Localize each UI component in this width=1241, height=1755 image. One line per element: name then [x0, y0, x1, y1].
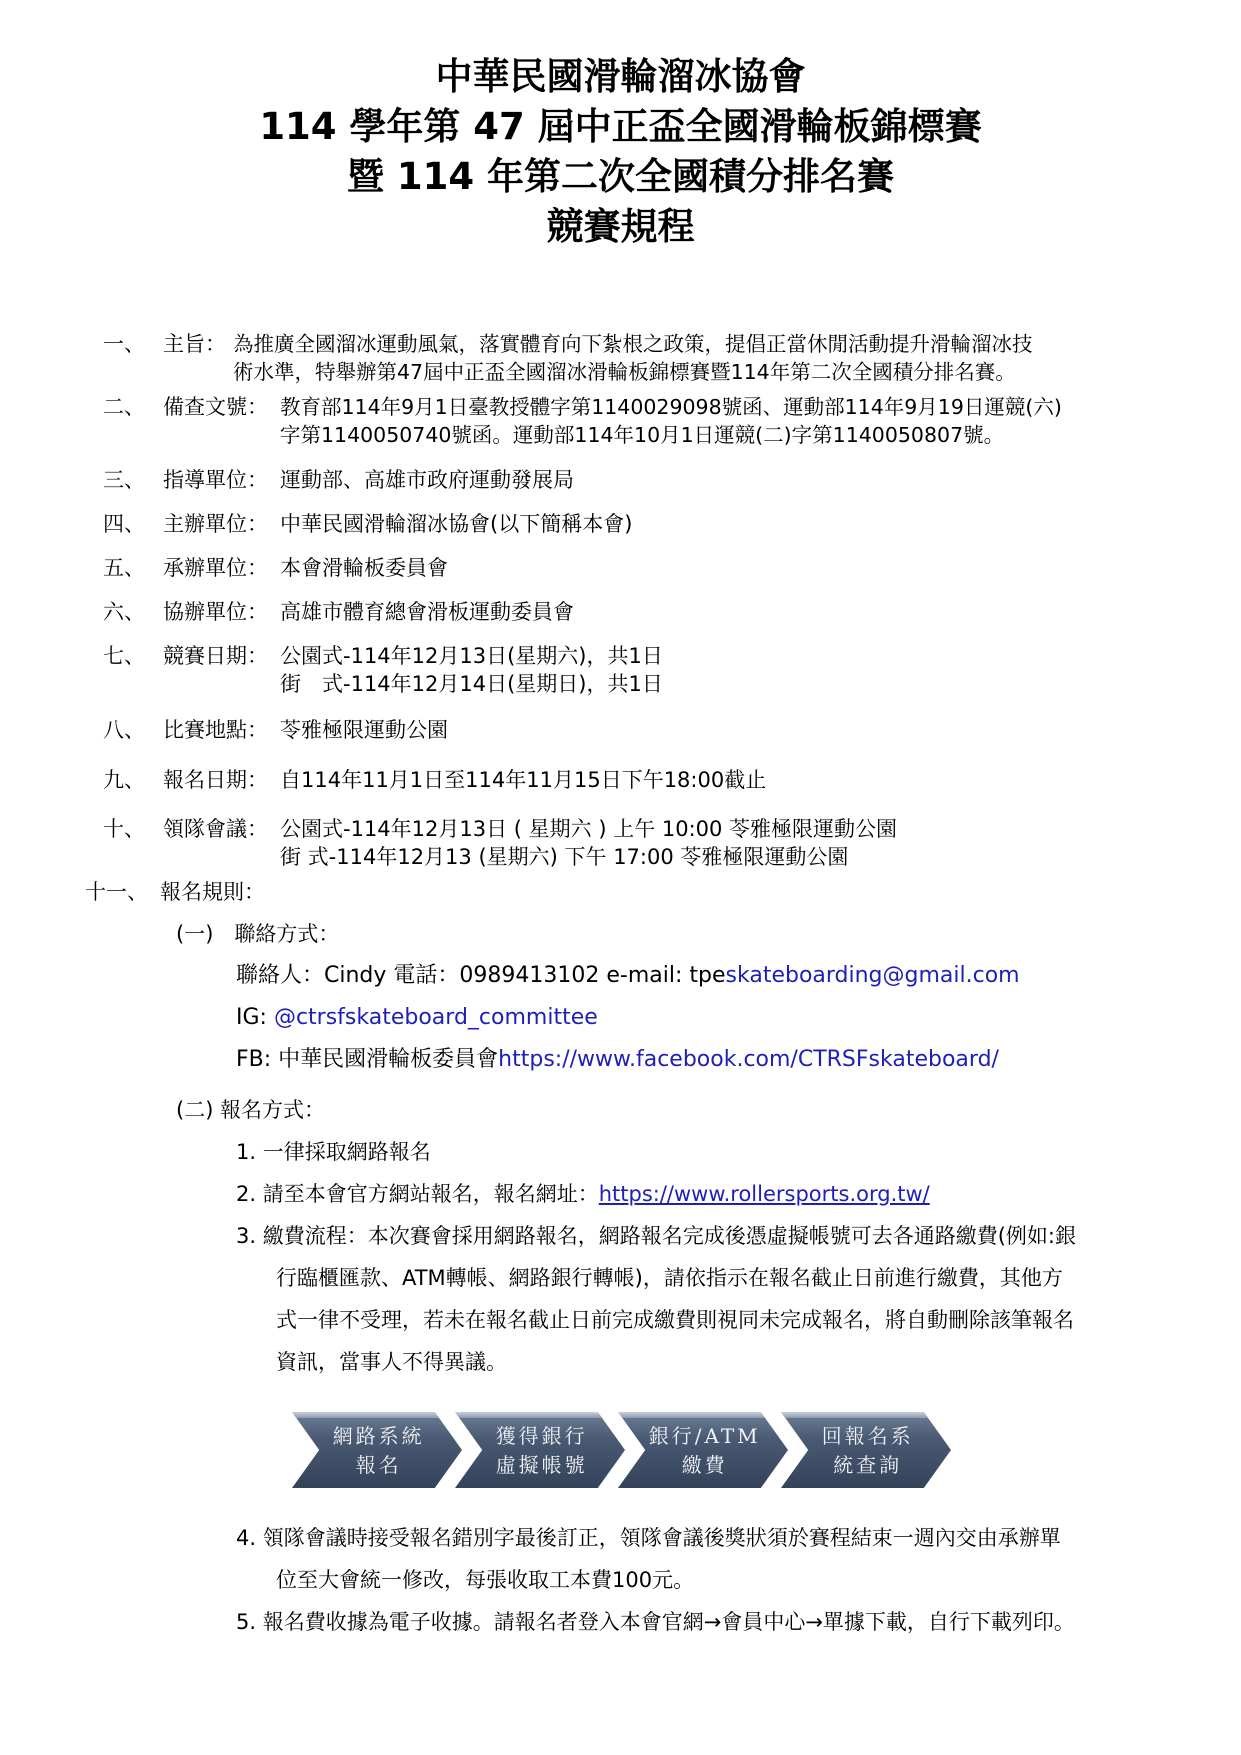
section-4-value: 中華民國滑輪溜冰協會(以下簡稱本會): [280, 510, 632, 538]
item-num: 1.: [236, 1140, 256, 1164]
method-item-5: 5. 報名費收據為電子收據。請報名者登入本會官網→會員中心→單據下載，自行下載列…: [236, 1608, 1075, 1636]
document-title: 中華民國滑輪溜冰協會 114 學年第 47 屆中正盃全國滑輪板錦標賽 暨 114…: [0, 52, 1241, 252]
section-5-num: 五、: [103, 554, 145, 582]
method-item-4-line-1: 4. 領隊會議時接受報名錯別字最後訂正，領隊會議後獎狀須於賽程結束一週內交由承辦…: [236, 1524, 1061, 1552]
section-4-label: 主辦單位：: [163, 510, 268, 538]
flow-step-3: 銀行/ATM 繳費: [618, 1412, 788, 1488]
method-item-3-line-2: 行臨櫃匯款、ATM轉帳、網路銀行轉帳)，請依指示在報名截止日前進行繳費，其他方: [276, 1264, 1063, 1292]
title-line-org: 中華民國滑輪溜冰協會: [0, 52, 1241, 102]
section-8-num: 八、: [103, 716, 145, 744]
section-2-line-2: 字第1140050740號函。運動部114年10月1日運競(二)字第114005…: [280, 421, 1004, 449]
method-item-4-line-2: 位至大會統一修改，每張收取工本費100元。: [276, 1566, 694, 1594]
method-item-3-line-1: 3. 繳費流程：本次賽會採用網路報名，網路報名完成後憑虛擬帳號可去各通路繳費(例…: [236, 1222, 1076, 1250]
section-6-value: 高雄市體育總會滑板運動委員會: [280, 598, 574, 626]
item-text: 領隊會議時接受報名錯別字最後訂正，領隊會議後獎狀須於賽程結束一週內交由承辦單: [263, 1526, 1061, 1550]
section-1-line-1: 為推廣全國溜冰運動風氣，落實體育向下紮根之政策，提倡正當休閒活動提升滑輪溜冰技: [233, 330, 1033, 358]
section-7-label: 競賽日期：: [163, 642, 268, 670]
contact-ig-line: IG: @ctrsfskateboard_committee: [236, 1004, 598, 1032]
method-item-2: 2. 請至本會官方網站報名，報名網址：https://www.rollerspo…: [236, 1180, 930, 1208]
section-11-num: 十一、: [85, 878, 148, 906]
method-item-3-line-3: 式一律不受理，若未在報名截止日前完成繳費則視同未完成報名，將自動刪除該筆報名: [276, 1306, 1074, 1334]
section-11-label: 報名規則：: [160, 878, 265, 906]
item-text: 請至本會官方網站報名，報名網址：: [263, 1182, 599, 1206]
method-item-3-line-4: 資訊，當事人不得異議。: [276, 1348, 507, 1376]
section-5-value: 本會滑輪板委員會: [280, 554, 448, 582]
fb-prefix: FB: 中華民國滑輪板委員會: [236, 1047, 498, 1072]
section-10-line-2: 街 式-114年12月13 (星期六) 下午 17:00 苓雅極限運動公園: [280, 843, 848, 871]
section-1-label: 主旨：: [163, 330, 226, 358]
section-2-num: 二、: [103, 393, 145, 421]
section-1-line-2: 術水準，特舉辦第47屆中正盃全國溜冰滑輪板錦標賽暨114年第二次全國積分排名賽。: [233, 358, 1016, 386]
contact-fb-line: FB: 中華民國滑輪板委員會https://www.facebook.com/C…: [236, 1046, 999, 1074]
section-9-num: 九、: [103, 766, 145, 794]
rollersports-link[interactable]: https://www.rollersports.org.tw/: [599, 1182, 930, 1206]
flow-step-4-line-1: 回報名系: [812, 1422, 924, 1451]
section-7-line-1: 公園式-114年12月13日(星期六)，共1日: [280, 642, 663, 670]
flow-step-2-line-2: 虛擬帳號: [486, 1451, 598, 1480]
flow-step-1-line-1: 網路系統: [323, 1422, 435, 1451]
item-num: 4.: [236, 1526, 256, 1550]
section-10-label: 領隊會議：: [163, 815, 268, 843]
section-2-label: 備查文號：: [163, 393, 268, 421]
section-6-num: 六、: [103, 598, 145, 626]
ig-prefix: IG:: [236, 1005, 274, 1030]
method-item-1: 1. 一律採取網路報名: [236, 1138, 431, 1166]
section-9-label: 報名日期：: [163, 766, 268, 794]
section-3-label: 指導單位：: [163, 466, 268, 494]
contact-person-line: 聯絡人：Cindy 電話：0989413102 e-mail: tpeskate…: [236, 962, 1020, 990]
item-text: 一律採取網路報名: [263, 1140, 431, 1164]
title-line-rules: 競賽規程: [0, 202, 1241, 252]
email-link[interactable]: skateboarding@gmail.com: [726, 963, 1020, 988]
title-line-ranking: 暨 114 年第二次全國積分排名賽: [0, 152, 1241, 202]
flow-step-3-line-1: 銀行/ATM: [649, 1422, 761, 1451]
section-1-num: 一、: [103, 330, 145, 358]
method-heading: (二) 報名方式：: [176, 1096, 325, 1124]
section-3-num: 三、: [103, 466, 145, 494]
section-8-label: 比賽地點：: [163, 716, 268, 744]
section-2-line-1: 教育部114年9月1日臺教授體字第1140029098號函、運動部114年9月1…: [280, 393, 1062, 421]
section-4-num: 四、: [103, 510, 145, 538]
item-num: 5.: [236, 1610, 256, 1634]
flow-step-4-line-2: 統查詢: [812, 1451, 924, 1480]
ig-link[interactable]: @ctrsfskateboard_committee: [274, 1005, 598, 1030]
flow-step-2: 獲得銀行 虛擬帳號: [455, 1412, 625, 1488]
item-num: 2.: [236, 1182, 256, 1206]
section-5-label: 承辦單位：: [163, 554, 268, 582]
section-3-value: 運動部、高雄市政府運動發展局: [280, 466, 574, 494]
flow-step-1: 網路系統 報名: [292, 1412, 462, 1488]
flow-step-1-line-2: 報名: [323, 1451, 435, 1480]
item-text: 報名費收據為電子收據。請報名者登入本會官網→會員中心→單據下載，自行下載列印。: [263, 1610, 1075, 1634]
section-6-label: 協辦單位：: [163, 598, 268, 626]
section-8-value: 苓雅極限運動公園: [280, 716, 448, 744]
title-line-event: 114 學年第 47 屆中正盃全國滑輪板錦標賽: [0, 102, 1241, 152]
item-text: 繳費流程：本次賽會採用網路報名，網路報名完成後憑虛擬帳號可去各通路繳費(例如:銀: [263, 1224, 1076, 1248]
item-num: 3.: [236, 1224, 256, 1248]
fb-link[interactable]: https://www.facebook.com/CTRSFskateboard…: [498, 1047, 999, 1072]
section-7-num: 七、: [103, 642, 145, 670]
section-9-value: 自114年11月1日至114年11月15日下午18:00截止: [280, 766, 766, 794]
section-7-line-2: 街 式-114年12月14日(星期日)，共1日: [280, 670, 663, 698]
section-10-line-1: 公園式-114年12月13日 ( 星期六 ) 上午 10:00 苓雅極限運動公園: [280, 815, 897, 843]
payment-flow-diagram: 網路系統 報名 獲得銀行 虛擬帳號 銀行/ATM 繳費 回報名系 統查詢: [292, 1412, 972, 1488]
flow-step-3-line-2: 繳費: [649, 1451, 761, 1480]
flow-step-4: 回報名系 統查詢: [781, 1412, 951, 1488]
contact-person-text: 聯絡人：Cindy 電話：0989413102 e-mail: tpe: [236, 963, 726, 988]
contact-heading: (一) 聯絡方式：: [176, 920, 339, 948]
section-10-num: 十、: [103, 815, 145, 843]
flow-step-2-line-1: 獲得銀行: [486, 1422, 598, 1451]
